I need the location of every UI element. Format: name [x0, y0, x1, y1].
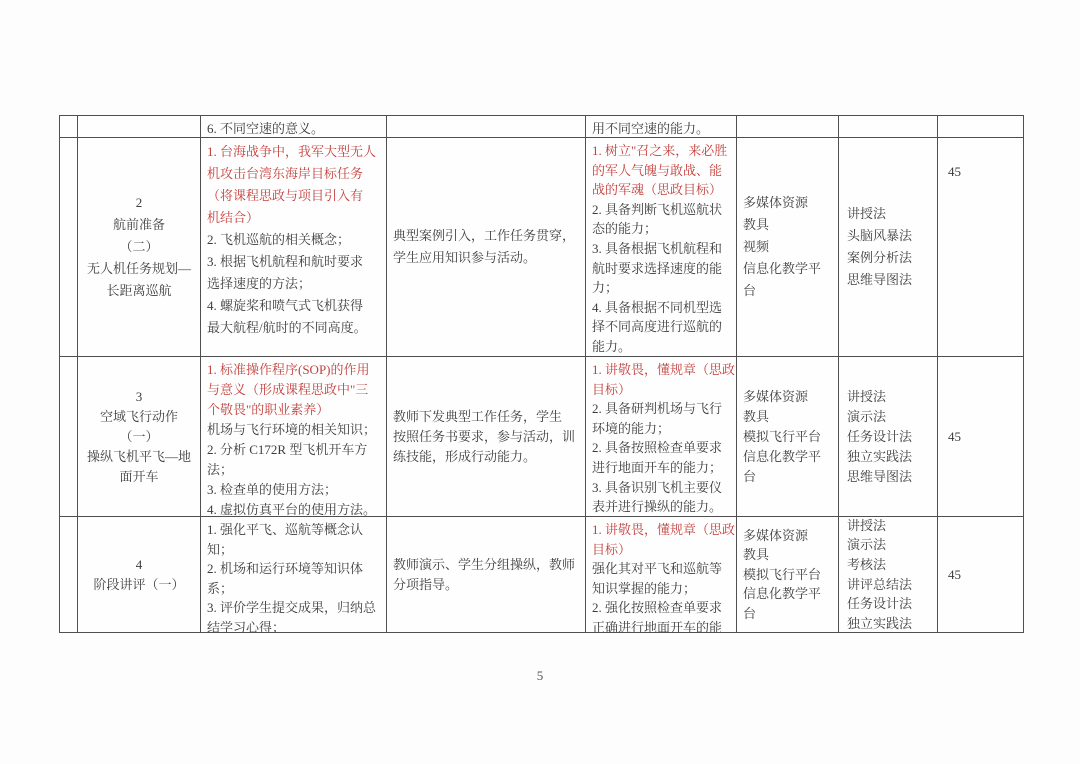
- row1-target-cell: 用不同空速的能力。: [586, 116, 737, 138]
- row4-index-cell: [60, 517, 78, 633]
- row2-hours-text: 45: [948, 161, 1023, 183]
- row3-hours-text: 45: [948, 427, 1023, 447]
- row3-target-cell: 1. 讲敬畏，懂规章（思政 目标）2. 具备研判机场与飞行 环境的能力； 2. …: [586, 357, 737, 517]
- row3-resources-text: 多媒体资源 教具 模拟飞行平台 信息化教学平 台: [743, 387, 836, 487]
- row2-title-cell: 2 航前准备 （二） 无人机任务规划— 长距离巡航: [78, 138, 201, 357]
- row3-hours-cell: 45: [938, 357, 1024, 517]
- row2-approach-cell: 典型案例引入，工作任务贯穿， 学生应用知识参与活动。: [387, 138, 586, 357]
- row2-index-cell: [60, 138, 78, 357]
- row4-hours-text: 45: [948, 565, 1023, 585]
- row4-approach-cell: 教师演示、学生分组操纵，教师 分项指导。: [387, 517, 586, 633]
- row2-content-text: 2. 飞机巡航的相关概念； 3. 根据飞机航程和航时要求 选择速度的方法； 4.…: [207, 229, 383, 339]
- row1-index-cell: [60, 116, 78, 138]
- row3-target-ideology-text: 1. 讲敬畏，懂规章（思政 目标）: [592, 360, 733, 399]
- row1-approach-cell: [387, 116, 586, 138]
- row4-title-cell: 4 阶段讲评（一）: [78, 517, 201, 633]
- row4-target-cell: 1. 讲敬畏，懂规章（思政 目标）强化其对平飞和巡航等 知识掌握的能力； 2. …: [586, 517, 737, 633]
- row1-methods-cell: [839, 116, 938, 138]
- row2-resources-text: 多媒体资源 教具 视频 信息化教学平 台: [743, 192, 836, 302]
- row3-methods-text: 讲授法 演示法 任务设计法 独立实践法 思维导图法: [847, 387, 935, 487]
- row4-resources-cell: 多媒体资源 教具 模拟飞行平台 信息化教学平 台: [737, 517, 839, 633]
- row4-resources-text: 多媒体资源 教具 模拟飞行平台 信息化教学平 台: [743, 526, 836, 624]
- row1-title-cell: [78, 116, 201, 138]
- row2-content-cell: 1. 台海战争中，我军大型无人 机攻击台湾东海岸目标任务 （将课程思政与项目引入…: [201, 138, 387, 357]
- row3-content-text: 机场与飞行环境的相关知识； 2. 分析 C172R 型飞机开车方 法； 3. 检…: [207, 420, 383, 517]
- row1-content-text: 6. 不同空速的意义。: [207, 119, 383, 138]
- row4-content-text: 1. 强化平飞、巡航等概念认 知； 2. 机场和运行环境等知识体 系； 3. 评…: [207, 520, 383, 633]
- row4-approach-text: 教师演示、学生分组操纵，教师 分项指导。: [393, 555, 582, 594]
- row4-target-text: 强化其对平飞和巡航等 知识掌握的能力； 2. 强化按照检查单要求 正确进行地面开…: [592, 559, 733, 633]
- row4-methods-cell: 讲授法 演示法 考核法 讲评总结法 任务设计法 独立实践法: [839, 517, 938, 633]
- row3-resources-cell: 多媒体资源 教具 模拟飞行平台 信息化教学平 台: [737, 357, 839, 517]
- course-schedule-table: 6. 不同空速的意义。 用不同空速的能力。 2 航前准备 （二） 无人机任务规划…: [59, 115, 1024, 633]
- row4-title-text: 4 阶段讲评（一）: [93, 555, 184, 594]
- row4-content-cell: 1. 强化平飞、巡航等概念认 知； 2. 机场和运行环境等知识体 系； 3. 评…: [201, 517, 387, 633]
- row3-methods-cell: 讲授法 演示法 任务设计法 独立实践法 思维导图法: [839, 357, 938, 517]
- row2-target-cell: 1. 树立"召之来，来必胜 的军人气魄与敢战、能 战的军魂（思政目标）2. 具备…: [586, 138, 737, 357]
- page-number: 5: [0, 668, 1080, 684]
- row1-target-text: 用不同空速的能力。: [592, 119, 733, 138]
- row2-methods-cell: 讲授法 头脑风暴法 案例分析法 思维导图法: [839, 138, 938, 357]
- row3-title-text: 3 空域飞行动作 （一） 操纵飞机平飞—地 面开车: [87, 387, 191, 487]
- row1-content-cell: 6. 不同空速的意义。: [201, 116, 387, 138]
- row3-index-cell: [60, 357, 78, 517]
- row2-content-ideology-text: 1. 台海战争中，我军大型无人 机攻击台湾东海岸目标任务 （将课程思政与项目引入…: [207, 141, 383, 229]
- row2-target-ideology-text: 1. 树立"召之来，来必胜 的军人气魄与敢战、能 战的军魂（思政目标）: [592, 141, 733, 200]
- row3-approach-cell: 教师下发典型工作任务，学生 按照任务书要求，参与活动，训 练技能，形成行动能力。: [387, 357, 586, 517]
- row2-approach-text: 典型案例引入，工作任务贯穿， 学生应用知识参与活动。: [393, 225, 582, 269]
- row1-resources-cell: [737, 116, 839, 138]
- row4-target-ideology-text: 1. 讲敬畏，懂规章（思政 目标）: [592, 520, 733, 559]
- row3-content-ideology-text: 1. 标准操作程序(SOP)的作用 与意义（形成课程思政中"三 个敬畏"的职业素…: [207, 360, 383, 420]
- row2-resources-cell: 多媒体资源 教具 视频 信息化教学平 台: [737, 138, 839, 357]
- row3-approach-text: 教师下发典型工作任务，学生 按照任务书要求，参与活动，训 练技能，形成行动能力。: [393, 407, 582, 467]
- row1-hours-cell: [938, 116, 1024, 138]
- row3-title-cell: 3 空域飞行动作 （一） 操纵飞机平飞—地 面开车: [78, 357, 201, 517]
- row4-hours-cell: 45: [938, 517, 1024, 633]
- row4-methods-text: 讲授法 演示法 考核法 讲评总结法 任务设计法 独立实践法: [847, 517, 935, 633]
- row2-hours-cell: 45: [938, 138, 1024, 357]
- row2-target-text: 2. 具备判断飞机巡航状 态的能力； 3. 具备根据飞机航程和 航时要求选择速度…: [592, 200, 733, 357]
- row3-content-cell: 1. 标准操作程序(SOP)的作用 与意义（形成课程思政中"三 个敬畏"的职业素…: [201, 357, 387, 517]
- row2-title-text: 2 航前准备 （二） 无人机任务规划— 长距离巡航: [87, 192, 191, 302]
- row2-methods-text: 讲授法 头脑风暴法 案例分析法 思维导图法: [847, 203, 935, 291]
- row3-target-text: 2. 具备研判机场与飞行 环境的能力； 2. 具备按照检查单要求 进行地面开车的…: [592, 399, 733, 517]
